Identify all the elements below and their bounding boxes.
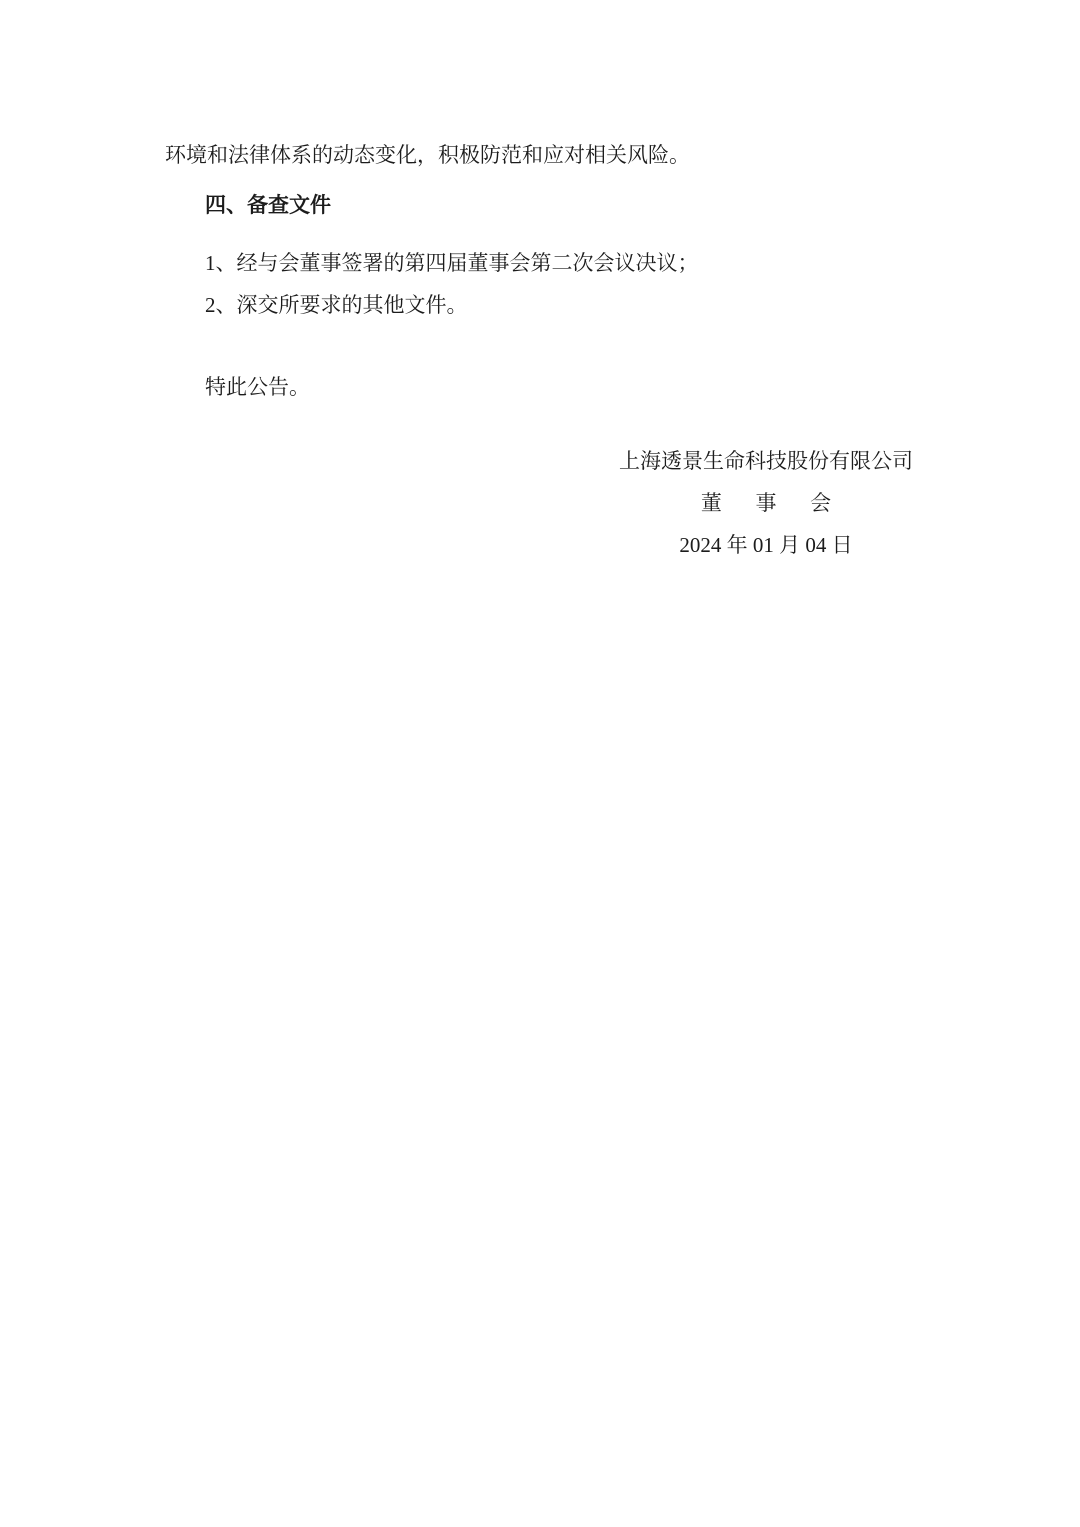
signature-block: 上海透景生命科技股份有限公司 董事会 2024 年 01 月 04 日 — [566, 440, 966, 566]
paragraph-continuation: 环境和法律体系的动态变化，积极防范和应对相关风险。 — [165, 134, 922, 176]
signature-date: 2024 年 01 月 04 日 — [566, 524, 966, 566]
document-body: 环境和法律体系的动态变化，积极防范和应对相关风险。 四、备查文件 1、经与会董事… — [165, 0, 922, 408]
closing-statement: 特此公告。 — [165, 366, 922, 408]
signature-board: 董事会 — [566, 482, 966, 524]
signature-company-name: 上海透景生命科技股份有限公司 — [566, 440, 966, 482]
section-heading-documents-for-inspection: 四、备查文件 — [165, 184, 922, 226]
document-page: 环境和法律体系的动态变化，积极防范和应对相关风险。 四、备查文件 1、经与会董事… — [0, 0, 1080, 1527]
list-item: 1、经与会董事签署的第四届董事会第二次会议决议； — [165, 242, 922, 284]
list-item: 2、深交所要求的其他文件。 — [165, 284, 922, 326]
